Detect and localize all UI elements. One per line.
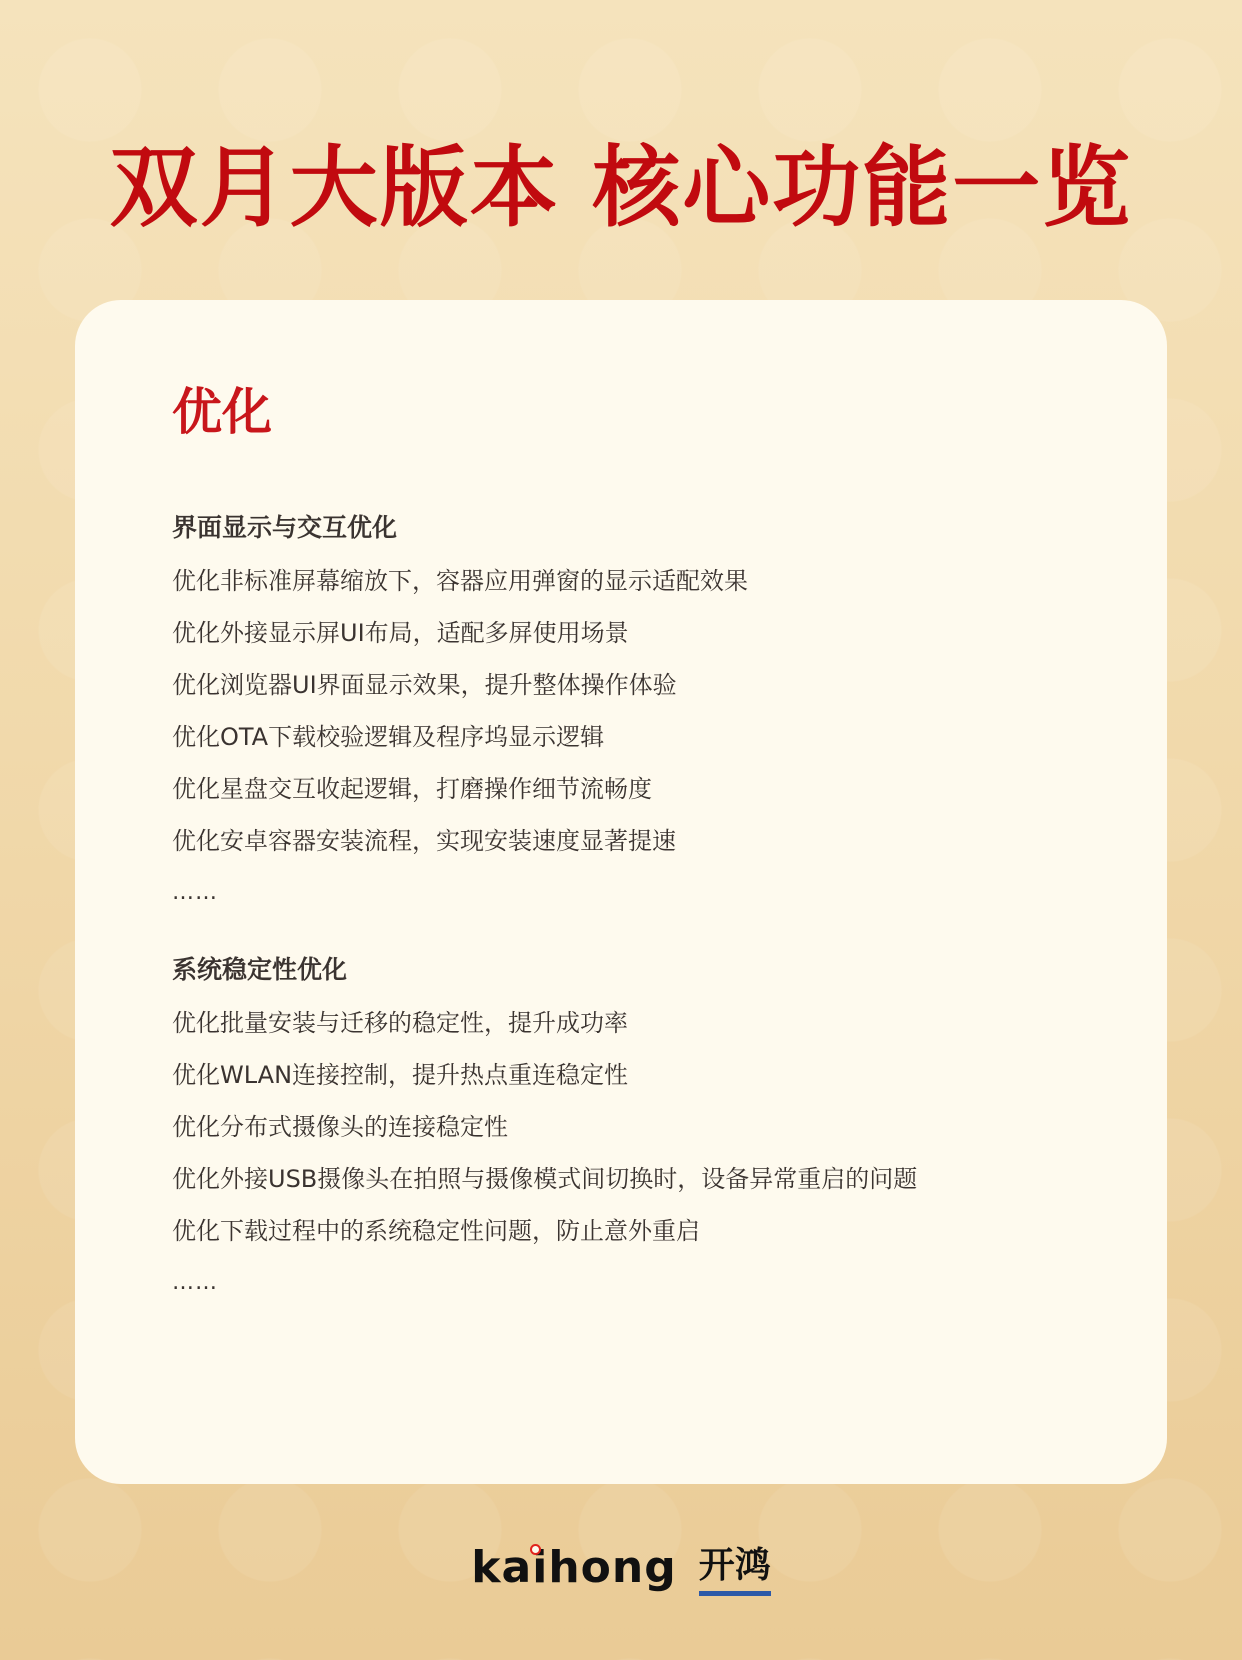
logo-chinese: 开鸿: [699, 1543, 771, 1596]
list-item: 优化OTA下载校验逻辑及程序坞显示逻辑: [172, 720, 1107, 754]
logo-wordmark-text: kaihong: [471, 1542, 676, 1593]
list-item: 优化安卓容器安装流程，实现安装速度显著提速: [172, 824, 1107, 858]
more-ellipsis: ……: [172, 876, 1107, 910]
list-item: 优化批量安装与迁移的稳定性，提升成功率: [172, 1006, 1107, 1040]
logo-wordmark: kaihong: [471, 1540, 676, 1596]
list-item: 优化外接USB摄像头在拍照与摄像模式间切换时，设备异常重启的问题: [172, 1162, 1107, 1196]
group-ui-interaction: 界面显示与交互优化 优化非标准屏幕缩放下，容器应用弹窗的显示适配效果 优化外接显…: [172, 510, 1107, 910]
list-item: 优化星盘交互收起逻辑，打磨操作细节流畅度: [172, 772, 1107, 806]
list-item: 优化非标准屏幕缩放下，容器应用弹窗的显示适配效果: [172, 564, 1107, 598]
list-item: 优化浏览器UI界面显示效果，提升整体操作体验: [172, 668, 1107, 702]
feature-groups: 界面显示与交互优化 优化非标准屏幕缩放下，容器应用弹窗的显示适配效果 优化外接显…: [172, 510, 1107, 1300]
content-card: 优化 界面显示与交互优化 优化非标准屏幕缩放下，容器应用弹窗的显示适配效果 优化…: [75, 300, 1167, 1484]
list-item: 优化分布式摄像头的连接稳定性: [172, 1110, 1107, 1144]
section-title: 优化: [172, 382, 272, 442]
group-system-stability: 系统稳定性优化 优化批量安装与迁移的稳定性，提升成功率 优化WLAN连接控制，提…: [172, 952, 1107, 1300]
list-item: 优化WLAN连接控制，提升热点重连稳定性: [172, 1058, 1107, 1092]
more-ellipsis: ……: [172, 1266, 1107, 1300]
list-item: 优化下载过程中的系统稳定性问题，防止意外重启: [172, 1214, 1107, 1248]
group-title: 系统稳定性优化: [172, 952, 1107, 988]
group-title: 界面显示与交互优化: [172, 510, 1107, 546]
kaihong-logo: kaihong 开鸿: [0, 1540, 1242, 1596]
page-title: 双月大版本 核心功能一览: [0, 138, 1242, 238]
list-item: 优化外接显示屏UI布局，适配多屏使用场景: [172, 616, 1107, 650]
